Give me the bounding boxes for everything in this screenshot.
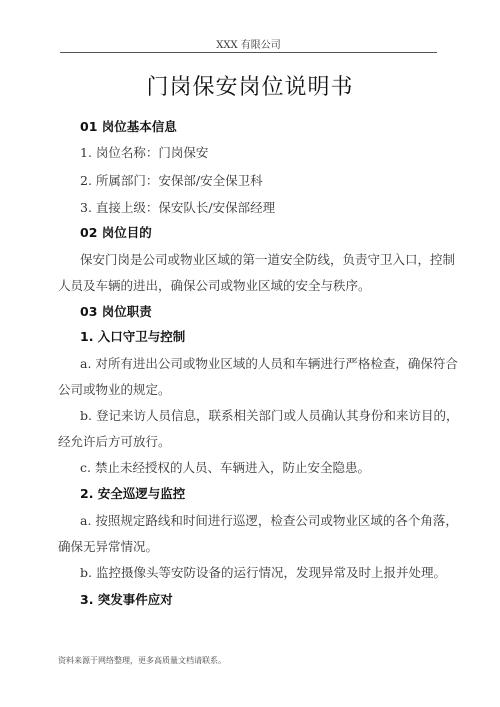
duty-2a-line-1: a. 按照规定路线和时间进行巡逻，检查公司或物业区域的各个角落， bbox=[80, 511, 458, 529]
section-heading-basic-info: 01 岗位基本信息 bbox=[80, 117, 177, 135]
duty-2a-line-2: 确保无异常情况。 bbox=[58, 537, 158, 555]
duty-2b-line-1: b. 监控摄像头等安防设备的运行情况，发现异常及时上报并处理。 bbox=[80, 563, 446, 581]
duty-1c-line-1: c. 禁止未经授权的人员、车辆进入，防止安全隐患。 bbox=[80, 458, 370, 476]
duty-1a-line-2: 公司或物业的规定。 bbox=[58, 380, 171, 398]
purpose-paragraph-line-2: 人员及车辆的进出，确保公司或物业区域的安全与秩序。 bbox=[58, 276, 371, 294]
document-title: 门岗保安岗位说明书 bbox=[0, 70, 500, 101]
header-divider bbox=[60, 52, 437, 53]
subheading-emergency-response: 3. 突发事件应对 bbox=[80, 590, 173, 608]
duty-1b-line-1: b. 登记来访人员信息，联系相关部门或人员确认其身份和来访目的， bbox=[80, 406, 458, 424]
duty-1a-line-1: a. 对所有进出公司或物业区域的人员和车辆进行严格检查，确保符合 bbox=[80, 354, 458, 372]
footer-source-note: 资料来源于网络整理，更多高质量文档请联系。 bbox=[58, 655, 226, 666]
info-item-supervisor: 3. 直接上级：保安队长/安保部经理 bbox=[80, 198, 275, 216]
info-item-position-name: 1. 岗位名称：门岗保安 bbox=[80, 143, 208, 161]
subheading-patrol-monitoring: 2. 安全巡逻与监控 bbox=[80, 484, 185, 502]
section-heading-duties: 03 岗位职责 bbox=[80, 302, 152, 320]
subheading-entrance-control: 1. 入口守卫与控制 bbox=[80, 327, 185, 345]
page-header-company: XXX 有限公司 bbox=[60, 36, 437, 51]
section-heading-purpose: 02 岗位目的 bbox=[80, 223, 152, 241]
purpose-paragraph-line-1: 保安门岗是公司或物业区域的第一道安全防线，负责守卫入口，控制 bbox=[80, 250, 455, 268]
duty-1b-line-2: 经允许后方可放行。 bbox=[58, 432, 171, 450]
info-item-department: 2. 所属部门：安保部/安全保卫科 bbox=[80, 171, 263, 189]
